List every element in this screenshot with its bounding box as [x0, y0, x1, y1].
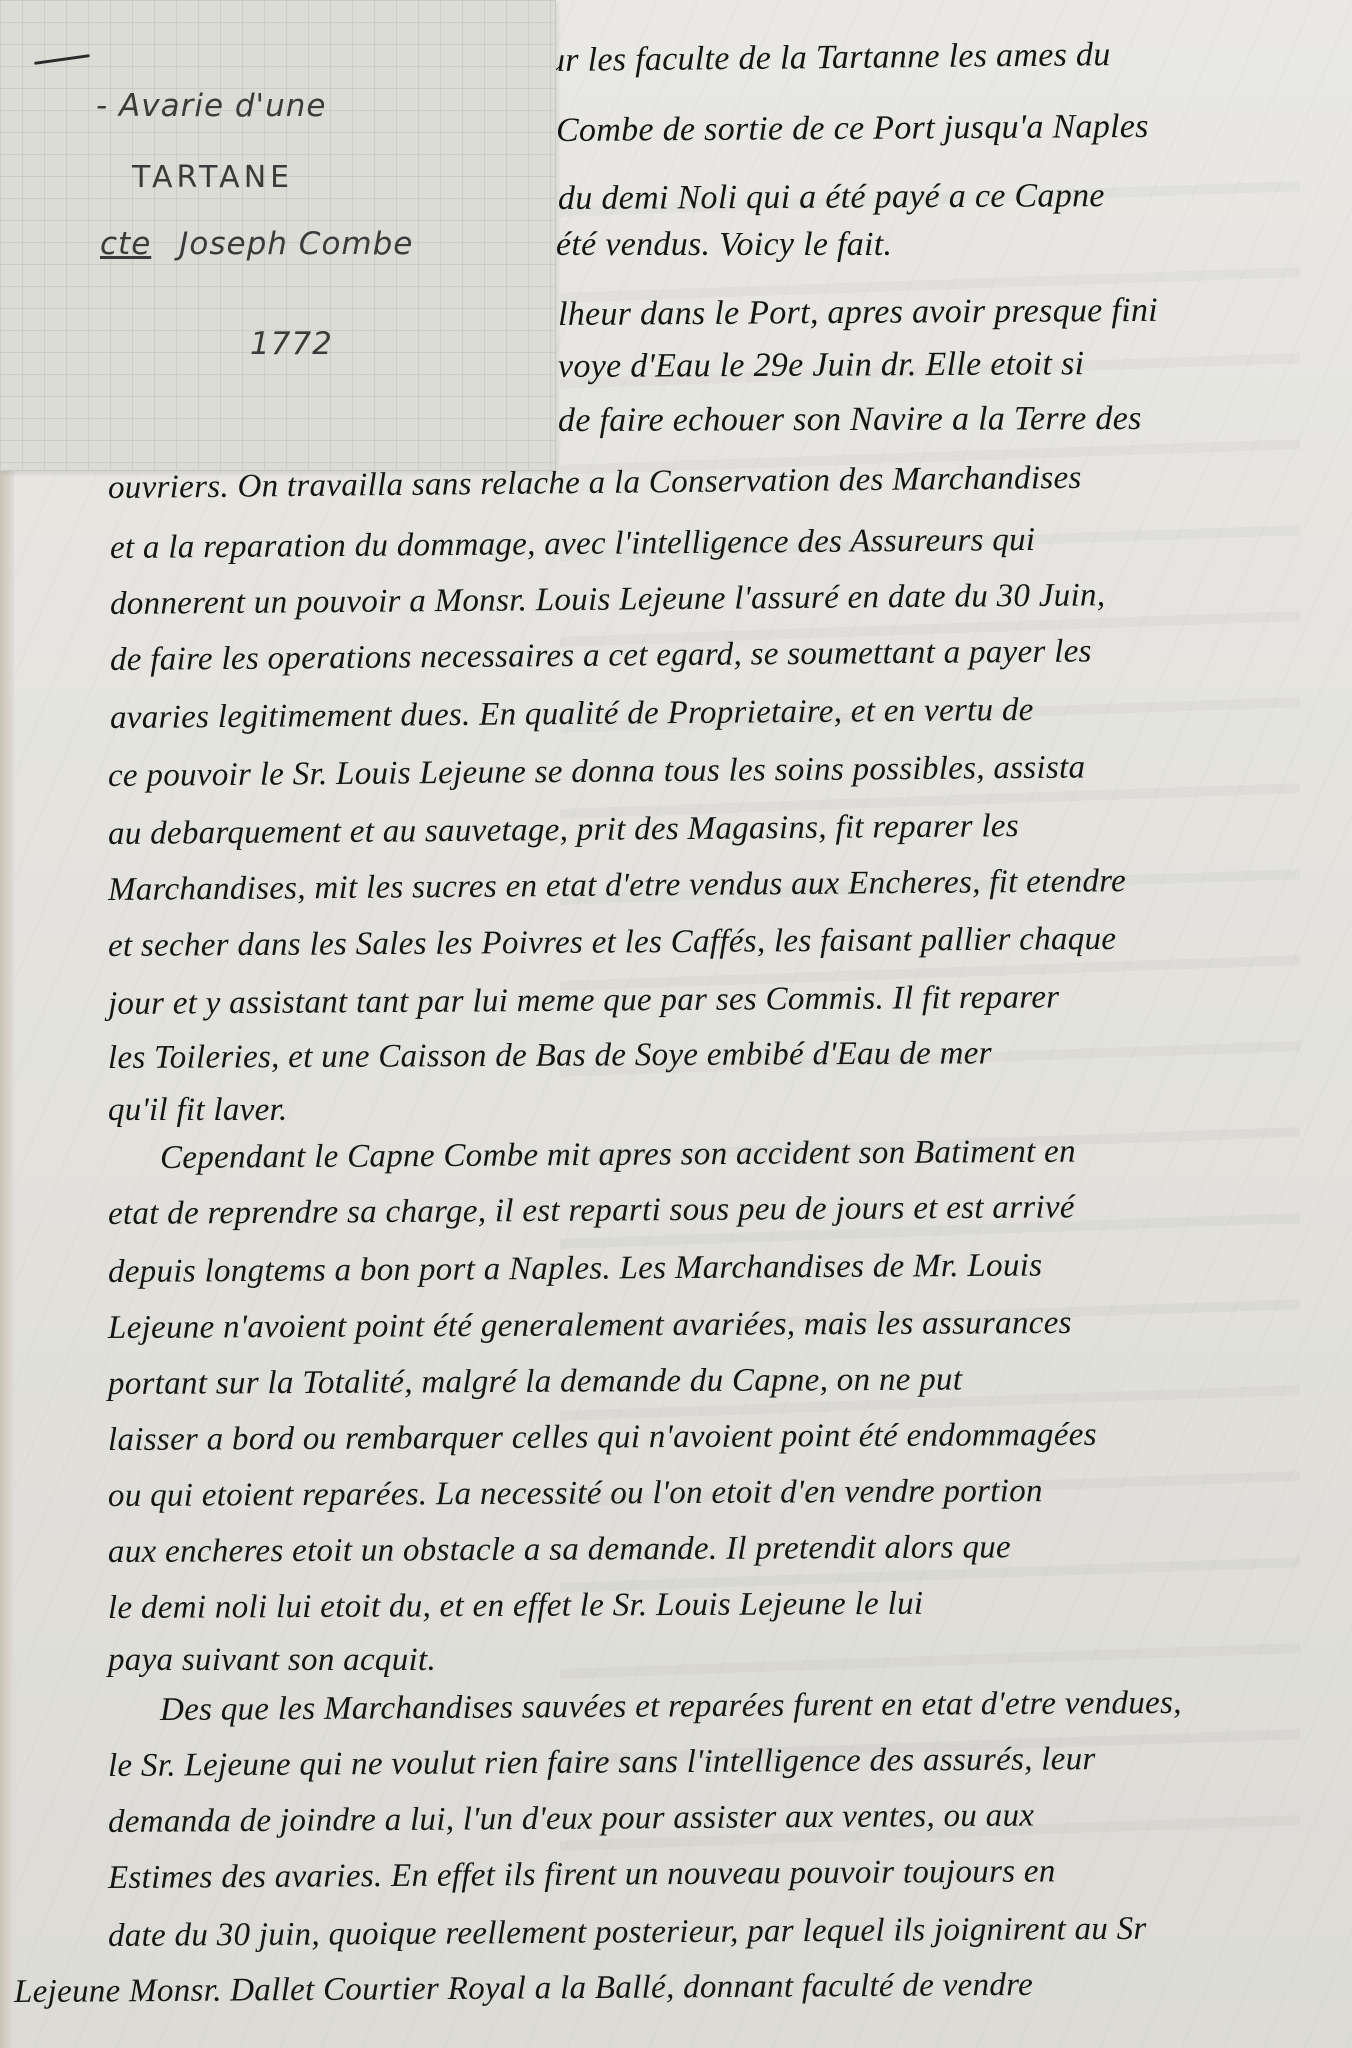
note-captain: cteJoseph Combe — [100, 226, 413, 262]
manuscript-line: demanda de joindre a lui, l'un d'eux pou… — [108, 1798, 1035, 1841]
manuscript-line: portant sur la Totalité, malgré la deman… — [108, 1362, 962, 1403]
manuscript-line: etat de reprendre sa charge, il est repa… — [108, 1189, 1075, 1233]
paper-edge — [0, 470, 14, 2048]
manuscript-line: ce pouvoir le Sr. Louis Lejeune se donna… — [108, 749, 1086, 795]
manuscript-line: ou qui etoient reparées. La necessité ou… — [108, 1473, 1043, 1515]
manuscript-line: de faire echouer son Navire a la Terre d… — [558, 400, 1142, 440]
manuscript-line: le Sr. Lejeune qui ne voulut rien faire … — [108, 1741, 1096, 1785]
dash-mark — [34, 54, 90, 65]
manuscript-line: laisser a bord ou rembarquer celles qui … — [108, 1417, 1097, 1459]
note-title: Avarie d'une — [130, 88, 326, 124]
manuscript-line: et a la reparation du dommage, avec l'in… — [110, 522, 1036, 567]
manuscript-line: avaries legitimement dues. En qualité de… — [110, 692, 1034, 737]
manuscript-line: donnerent un pouvoir a Monsr. Louis Leje… — [110, 577, 1106, 623]
manuscript-line: qu'il fit laver. — [108, 1092, 288, 1129]
note-vessel-type: TARTANE — [132, 160, 293, 195]
manuscript-line: date du 30 juin, quoique reellement post… — [108, 1911, 1147, 1955]
manuscript-line: Combe de sortie de ce Port jusqu'a Naple… — [556, 108, 1149, 150]
manuscript-line: Lejeune n'avoient point été generalement… — [108, 1305, 1072, 1347]
manuscript-line: Estimes des avaries. En effet ils firent… — [108, 1853, 1056, 1897]
manuscript-line: Des que les Marchandises sauvées et repa… — [160, 1685, 1182, 1729]
manuscript-line: paya suivant son acquit. — [108, 1642, 436, 1679]
manuscript-line: et secher dans les Sales les Poivres et … — [108, 921, 1117, 965]
sticky-note-label: Avarie d'une TARTANE cteJoseph Combe 177… — [0, 0, 556, 471]
manuscript-line: du demi Noli qui a été payé a ce Capne — [558, 177, 1105, 218]
manuscript-line: de faire les operations necessaires a ce… — [110, 633, 1092, 679]
manuscript-line: le demi noli lui etoit du, et en effet l… — [108, 1586, 924, 1627]
manuscript-line: jour et y assistant tant par lui meme qu… — [108, 979, 1060, 1023]
note-year: 1772 — [250, 326, 333, 362]
manuscript-line: voye d'Eau le 29e Juin dr. Elle etoit si — [558, 345, 1085, 386]
note-captain-name: Joseph Combe — [179, 226, 413, 262]
manuscript-line: au debarquement et au sauvetage, prit de… — [108, 808, 1019, 853]
manuscript-page: ur les faculte de la Tartanne les ames d… — [0, 0, 1352, 2048]
manuscript-line: ur les faculte de la Tartanne les ames d… — [548, 36, 1111, 80]
manuscript-line: Cependant le Capne Combe mit apres son a… — [160, 1134, 1076, 1177]
manuscript-line: aux encheres etoit un obstacle a sa dema… — [108, 1529, 1011, 1571]
manuscript-line: Lejeune Monsr. Dallet Courtier Royal a l… — [14, 1967, 1033, 2011]
note-captain-abbrev: cte — [100, 226, 151, 262]
manuscript-line: lheur dans le Port, apres avoir presque … — [558, 292, 1158, 334]
manuscript-line: Marchandises, mit les sucres en etat d'e… — [108, 863, 1126, 909]
manuscript-line: été vendus. Voicy le fait. — [556, 226, 892, 264]
manuscript-line: depuis longtems a bon port a Naples. Les… — [108, 1247, 1043, 1291]
manuscript-line: les Toileries, et une Caisson de Bas de … — [108, 1035, 992, 1077]
